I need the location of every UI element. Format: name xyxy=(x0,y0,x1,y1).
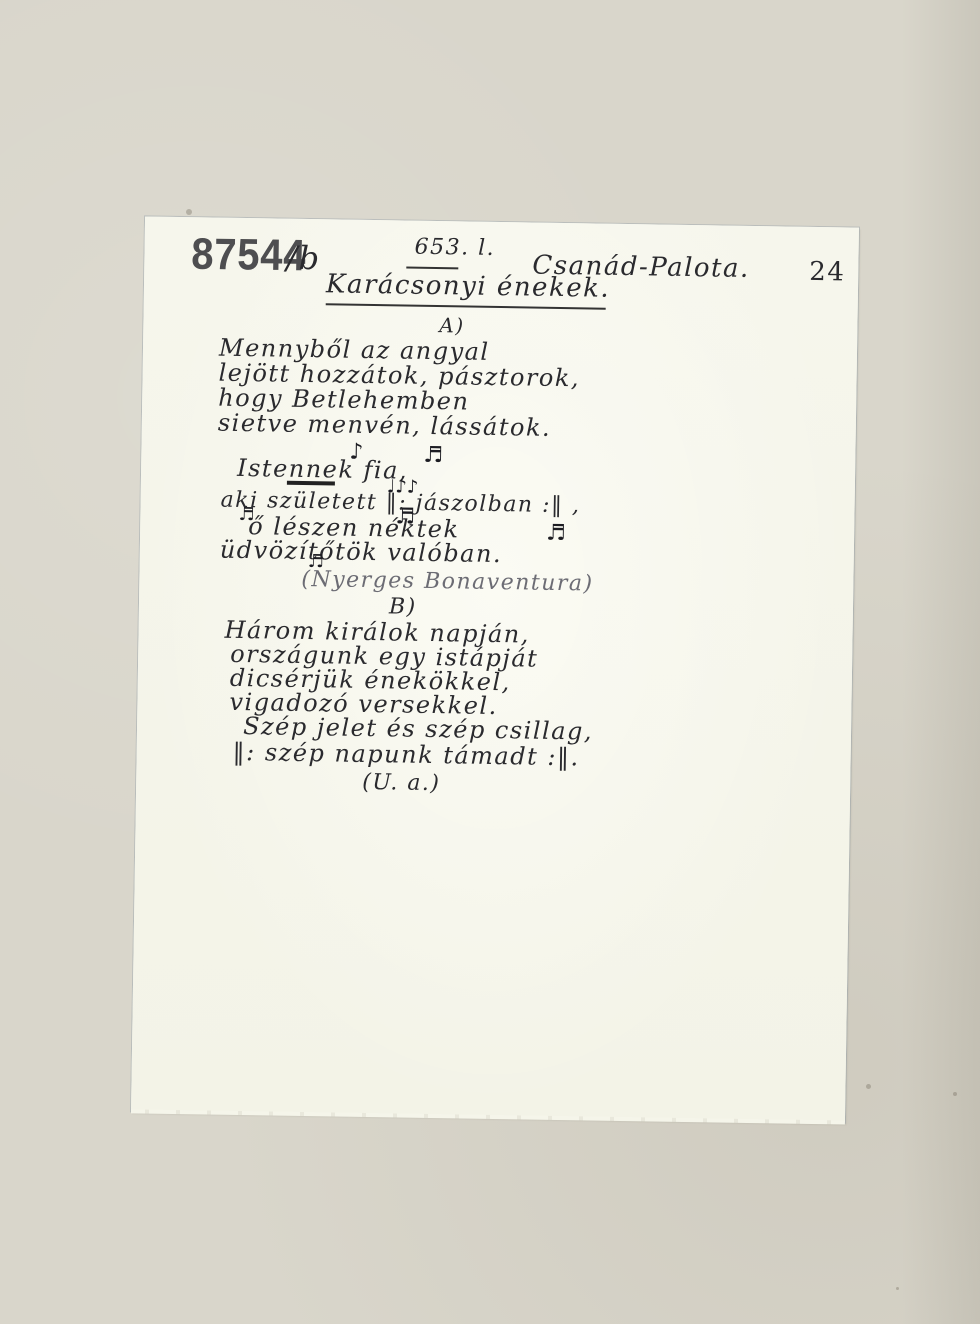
board-speck xyxy=(953,1092,957,1096)
song-a-label: A) xyxy=(439,313,465,337)
item-number: 24 xyxy=(809,257,846,288)
song-b-label: B) xyxy=(389,594,417,619)
song-a-line-5: Istennek fia, xyxy=(237,454,408,485)
board-speck xyxy=(896,1287,899,1290)
handwritten-card: 87544 /b 653. l. Csanád-Palota. 24 Karác… xyxy=(131,216,859,1122)
document-title: Karácsonyi énekek. xyxy=(326,269,611,303)
music-beamed-notes-icon: ♬ xyxy=(423,443,443,468)
title-underline xyxy=(326,303,606,309)
song-b-line-6: ‖: szép napunk támadt :‖. xyxy=(232,738,579,771)
page-ref-underline xyxy=(406,267,458,270)
music-beamed-notes-icon: ♬ xyxy=(546,521,566,546)
page-reference: 653. l. xyxy=(414,235,495,261)
catalog-suffix: /b xyxy=(286,239,321,278)
song-b-attribution: (U. a.) xyxy=(362,770,441,796)
song-a-attribution: (Nyerges Bonaventura) xyxy=(301,567,594,597)
song-a-line-8: üdvözítőtök valóban. xyxy=(220,536,503,568)
song-a-line-4: sietve menvén, lássátok. xyxy=(218,409,552,442)
board-speck xyxy=(866,1084,871,1089)
board-speck xyxy=(186,209,192,215)
music-beam-icon xyxy=(287,481,335,486)
